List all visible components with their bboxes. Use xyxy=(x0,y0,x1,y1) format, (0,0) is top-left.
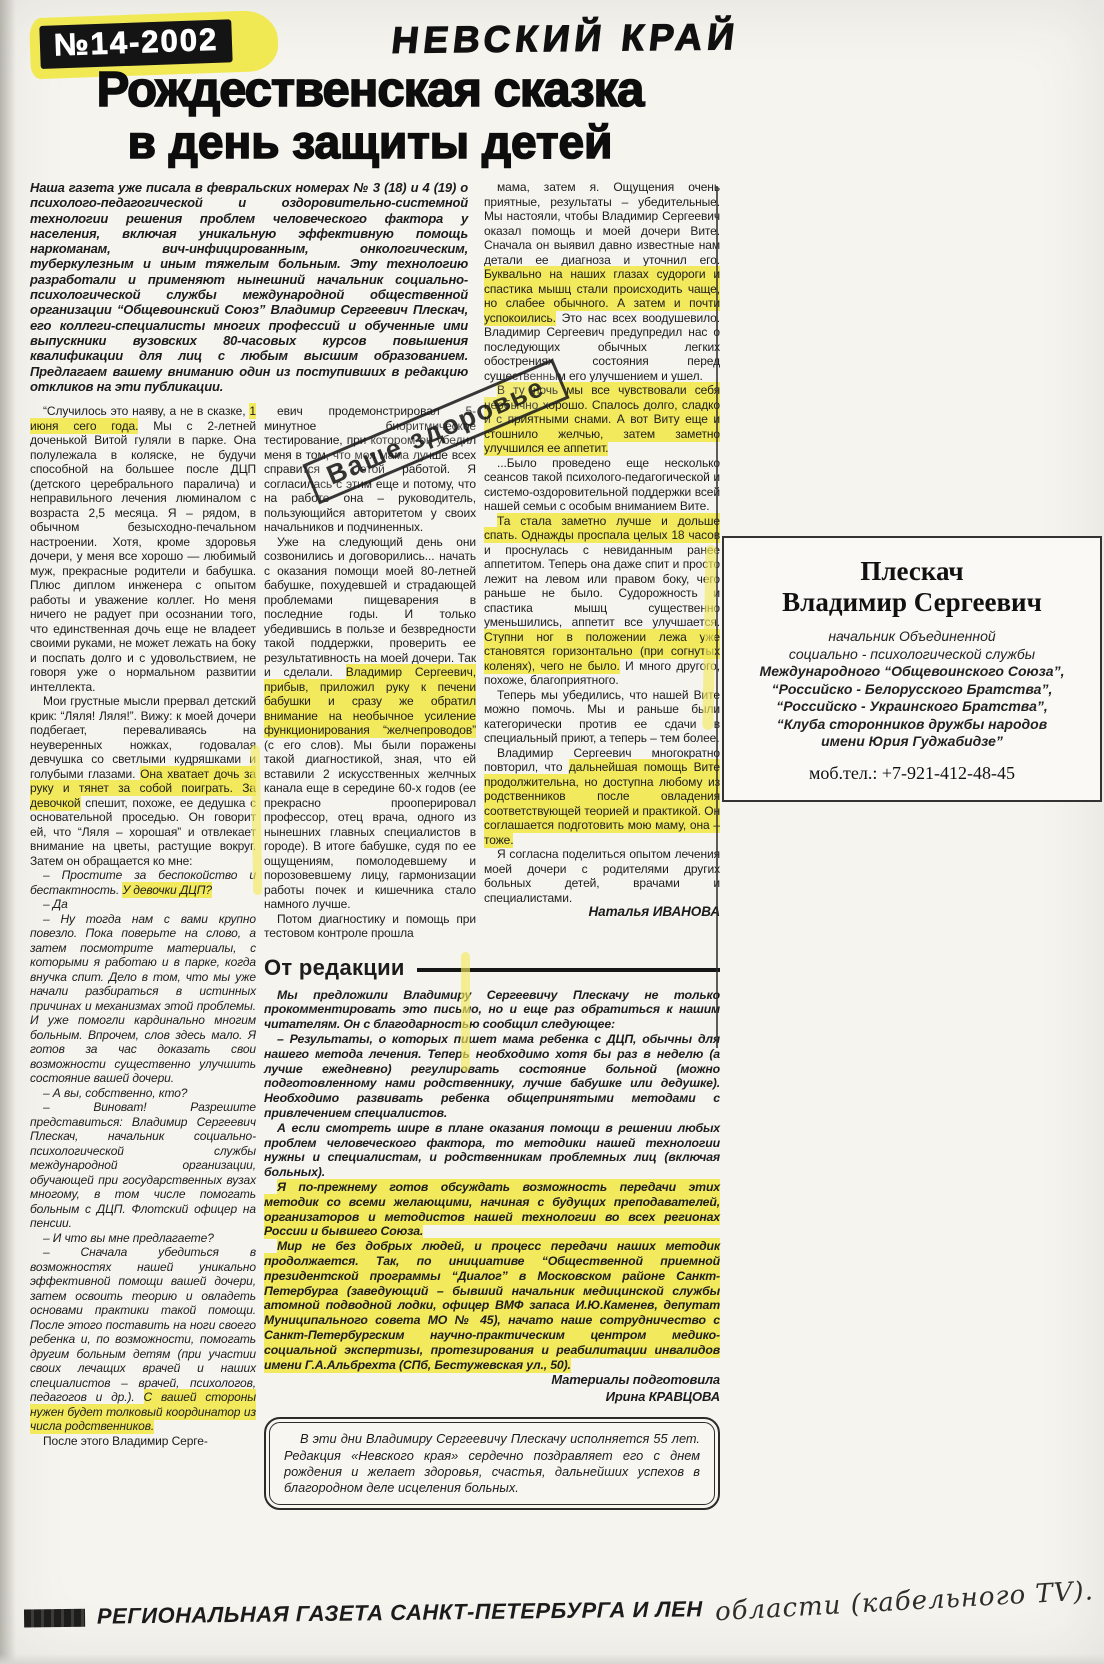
footer-ink-bar xyxy=(24,1609,85,1628)
column-3: мама, затем я. Ощущения очень приятные, … xyxy=(484,180,720,941)
dialogue-paragraph: – Ну тогда нам с вами крупно повезло. По… xyxy=(30,912,256,1086)
highlighted-text: Мир не без добрых людей, и процесс перед… xyxy=(264,1238,720,1372)
credential-role-line: имени Юрия Гуджабидзе” xyxy=(734,733,1090,751)
article-paragraph: “Случилось это наяву, а не в сказке, 1 и… xyxy=(30,404,256,694)
editorial-paragraph: Мы предложили Владимиру Сергеевичу Плеск… xyxy=(264,988,720,1032)
credential-role-line: “Российско - Белорусского Братства”, xyxy=(734,681,1090,699)
column-divider-rule xyxy=(716,186,718,1048)
editorial-paragraph: – Результаты, о которых пишет мама ребен… xyxy=(264,1032,720,1121)
article-paragraph: Потом диагностику и помощь при тестовом … xyxy=(264,912,476,941)
credential-role-line: “Российско - Украинского Братства”, xyxy=(734,698,1090,716)
editorial-byline: Материалы подготовила xyxy=(264,1372,720,1389)
editorial-header: От редакции xyxy=(264,955,720,981)
footer: РЕГИОНАЛЬНАЯ ГАЗЕТА САНКТ-ПЕТЕРБУРГА И Л… xyxy=(24,1587,1094,1630)
highlighter-streak xyxy=(461,952,470,1072)
article-paragraph: Владимир Сергеевич многократно повторил,… xyxy=(484,746,720,848)
credential-role-line: Международного “Общевоинского Союза”, xyxy=(734,663,1090,681)
column-1: “Случилось это наяву, а не в сказке, 1 и… xyxy=(30,404,256,1510)
dialogue-paragraph: – Сначала убедиться в возможностях нашей… xyxy=(30,1245,256,1434)
credential-name: Владимир Сергеевич xyxy=(734,587,1090,618)
birthday-box: В эти дни Владимиру Сергеевичу Плескачу … xyxy=(264,1417,720,1510)
credential-roles: начальник Объединенной социально - психо… xyxy=(734,628,1090,751)
dialogue-paragraph: – Виноват! Разрешите представиться: Влад… xyxy=(30,1100,256,1231)
article-paragraph: Уже на следующий день они созвонились и … xyxy=(264,535,476,912)
editorial-paragraph: А если смотреть шире в плане оказания по… xyxy=(264,1121,720,1180)
editorial-byline-name: Ирина КРАВЦОВА xyxy=(264,1389,720,1406)
author-signature: Наталья ИВАНОВА xyxy=(484,905,720,920)
scan-edge-left xyxy=(0,0,16,1664)
dialogue-paragraph: – Да xyxy=(30,897,256,912)
article-paragraph: ...Было проведено еще несколько сеансов … xyxy=(484,456,720,514)
credential-role-line: социально - психологической службы xyxy=(734,646,1090,664)
dialogue-paragraph: – Простите за беспокойство и бестактност… xyxy=(30,868,256,897)
article-paragraph: Теперь мы убедились, что нашей Вите можн… xyxy=(484,688,720,746)
issue-number: №14-2002 xyxy=(39,19,233,69)
headline: Рождественская сказка в день защиты дете… xyxy=(26,64,714,167)
editorial-paragraph: Я по-прежнему готов обсуждать возможност… xyxy=(264,1180,720,1239)
credential-role-line: начальник Объединенной xyxy=(734,628,1090,646)
credential-role-line: “Клуба сторонников дружбы народов xyxy=(734,716,1090,734)
article-paragraph: мама, затем я. Ощущения очень приятные, … xyxy=(484,180,720,383)
article-body: Наша газета уже писала в февральских ном… xyxy=(30,180,720,1510)
credential-box: Плескач Владимир Сергеевич начальник Объ… xyxy=(722,536,1102,802)
birthday-text: В эти дни Владимиру Сергеевичу Плескачу … xyxy=(269,1422,715,1505)
highlighted-text: Я по-прежнему готов обсуждать возможност… xyxy=(264,1179,720,1239)
column-2: евич продемонстрировал 5-минутное биорит… xyxy=(264,404,476,941)
headline-line-2: в день защиты детей xyxy=(26,117,714,167)
masthead: НЕВСКИЙ КРАЙ xyxy=(389,16,741,62)
article-paragraph: Мои грустные мысли прервал детский крик:… xyxy=(30,694,256,868)
editorial-title: От редакции xyxy=(264,955,405,981)
article-paragraph: После этого Владимир Серге- xyxy=(30,1434,256,1449)
footer-handwritten-note: области (кабельного TV). xyxy=(714,1576,1094,1627)
headline-line-1: Рождественская сказка xyxy=(26,64,714,117)
scan-edge-bottom xyxy=(0,1654,1104,1664)
footer-printed-text: РЕГИОНАЛЬНАЯ ГАЗЕТА САНКТ-ПЕТЕРБУРГА И Л… xyxy=(97,1596,703,1629)
article-paragraph: Я согласна поделиться опытом лечения мое… xyxy=(484,847,720,905)
highlighted-text: Та стала заметно лучше и дольше спать. О… xyxy=(484,513,720,544)
highlighted-text: У девочки ДЦП? xyxy=(122,882,211,898)
editorial-paragraph: Мир не без добрых людей, и процесс перед… xyxy=(264,1239,720,1372)
article-paragraph: Та стала заметно лучше и дольше спать. О… xyxy=(484,514,720,688)
credential-surname: Плескач xyxy=(734,556,1090,587)
newspaper-scan-page: №14-2002 НЕВСКИЙ КРАЙ Рождественская ска… xyxy=(0,0,1104,1664)
editorial-section: От редакции Мы предложили Владимиру Серг… xyxy=(264,955,720,1406)
dialogue-paragraph: – И что вы мне предлагаете? xyxy=(30,1231,256,1246)
intro-paragraph: Наша газета уже писала в февральских ном… xyxy=(30,180,476,394)
credential-phone: моб.тел.: +7-921-412-48-45 xyxy=(734,763,1090,784)
dialogue-paragraph: – А вы, собственно, кто? xyxy=(30,1086,256,1101)
editorial-body: Мы предложили Владимиру Сергеевичу Плеск… xyxy=(264,988,720,1406)
